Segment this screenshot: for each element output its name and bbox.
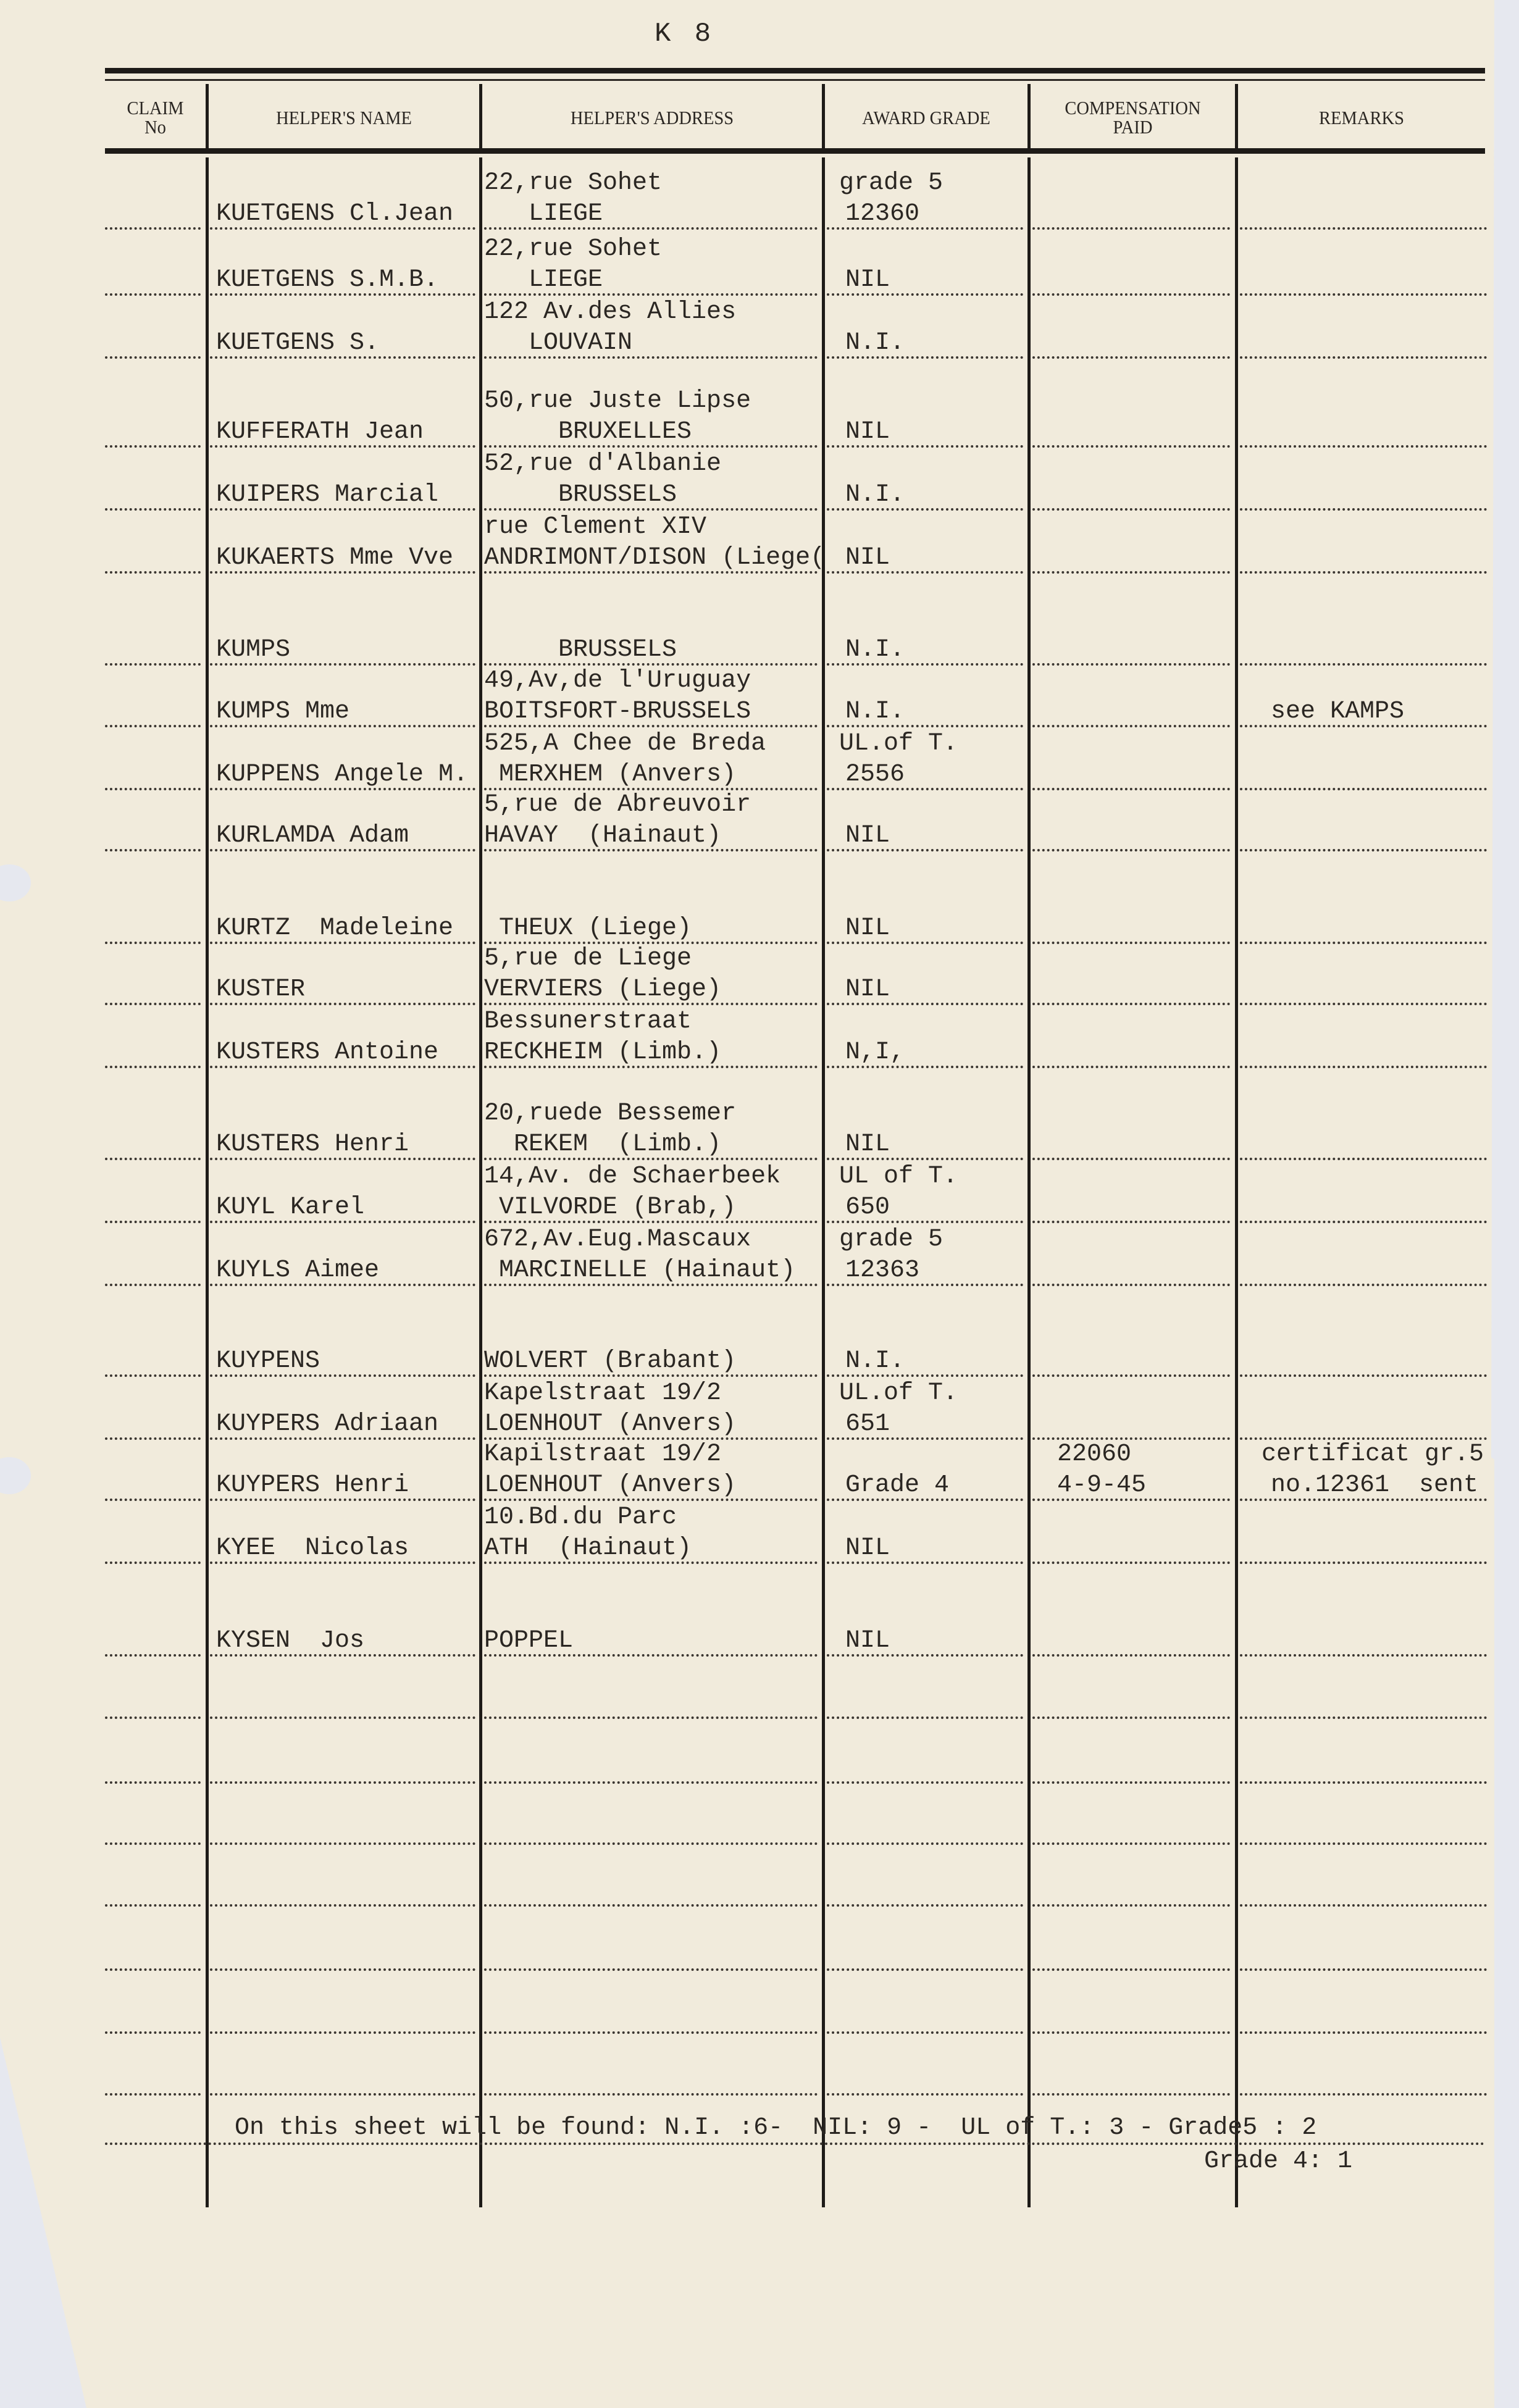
helper-name: KUYL Karel: [216, 1192, 364, 1223]
helper-address-line2: BOITSFORT-BRUSSELS: [484, 696, 751, 727]
row-dotted-rule: [105, 1003, 201, 1005]
footer-summary-line2: Grade 4: 1: [1204, 2146, 1352, 2177]
award-grade-line2: N.I.: [845, 635, 905, 666]
blank-row-dotted-rule: [827, 2031, 1023, 2034]
helper-address-line2: BRUXELLES: [484, 417, 692, 448]
helper-address-line2: VILVORDE (Brab,): [484, 1192, 736, 1223]
row-dotted-rule: [105, 1437, 201, 1440]
award-grade-line2: N.I.: [845, 1346, 905, 1377]
column-header-remarks: REMARKS: [1248, 86, 1475, 148]
row-dotted-rule: [105, 1158, 201, 1160]
remarks-line2: no.12361 sent: [1271, 1470, 1478, 1501]
helper-address-line2: BRUSSELS: [484, 635, 677, 666]
blank-row-dotted-rule: [105, 1781, 201, 1784]
blank-row-dotted-rule: [105, 1904, 201, 1907]
blank-row-dotted-rule: [484, 1781, 818, 1784]
blank-row-dotted-rule: [105, 2093, 201, 2096]
blank-row-dotted-rule: [210, 1716, 475, 1719]
row-dotted-rule: [1240, 445, 1487, 448]
helper-address-line2: HAVAY (Hainaut): [484, 821, 721, 851]
column-header-address: HELPER'S ADDRESS: [496, 86, 808, 148]
row-dotted-rule: [1240, 1654, 1487, 1657]
blank-row-dotted-rule: [105, 1716, 201, 1719]
award-grade-line2: 2556: [845, 759, 905, 790]
column-divider: [1027, 84, 1031, 148]
award-grade-line2: NIL: [845, 821, 890, 851]
row-dotted-rule: [1240, 1066, 1487, 1068]
helper-address-line2: LIEGE: [484, 265, 603, 296]
compensation-line2: 4-9-45: [1057, 1470, 1146, 1501]
row-dotted-rule: [1240, 571, 1487, 574]
header-thin-rule: [105, 79, 1485, 81]
award-grade-line2: NIL: [845, 974, 890, 1005]
row-dotted-rule: [1032, 293, 1230, 296]
helper-name: KUIPERS Marcial: [216, 480, 438, 511]
column-divider: [1235, 157, 1238, 2207]
compensation-line1: 22060: [1057, 1439, 1131, 1470]
row-dotted-rule: [105, 663, 201, 666]
helper-name: KUSTER: [216, 974, 305, 1005]
helper-address-line1: 22,rue Sohet: [484, 168, 662, 199]
helper-name: KUETGENS S.M.B.: [216, 265, 438, 296]
award-grade-line2: 650: [845, 1192, 890, 1223]
blank-row-dotted-rule: [484, 1842, 818, 1845]
blank-row-dotted-rule: [484, 2031, 818, 2034]
row-dotted-rule: [105, 445, 201, 448]
column-divider: [1027, 157, 1031, 2207]
row-dotted-rule: [1032, 1003, 1230, 1005]
helper-name: KUMPS Mme: [216, 696, 349, 727]
row-dotted-rule: [1032, 849, 1230, 851]
blank-row-dotted-rule: [827, 2093, 1023, 2096]
column-divider: [1235, 84, 1238, 148]
helper-name: KUYLS Aimee: [216, 1255, 379, 1286]
row-dotted-rule: [105, 508, 201, 511]
blank-row-dotted-rule: [210, 1781, 475, 1784]
helper-address-line1: 50,rue Juste Lipse: [484, 386, 751, 417]
row-dotted-rule: [1240, 942, 1487, 944]
row-dotted-rule: [105, 293, 201, 296]
row-dotted-rule: [1240, 356, 1487, 359]
blank-row-dotted-rule: [484, 1968, 818, 1971]
blank-row-dotted-rule: [1240, 1842, 1487, 1845]
blank-row-dotted-rule: [1032, 1716, 1230, 1719]
helper-name: KYSEN Jos: [216, 1626, 364, 1657]
blank-row-dotted-rule: [1032, 1781, 1230, 1784]
row-dotted-rule: [1240, 1221, 1487, 1223]
footer-summary: On this sheet will be found: N.I. :6- NI…: [235, 2113, 1316, 2144]
award-grade-line1: grade 5: [839, 1224, 943, 1255]
blank-row-dotted-rule: [1240, 1781, 1487, 1784]
remarks-line2: see KAMPS: [1271, 696, 1404, 727]
row-dotted-rule: [1032, 445, 1230, 448]
helper-address-line1: 52,rue d'Albanie: [484, 449, 721, 480]
column-divider: [206, 157, 209, 2207]
award-grade-line1: UL.of T.: [839, 1378, 958, 1409]
blank-row-dotted-rule: [484, 1904, 818, 1907]
award-grade-line2: NIL: [845, 543, 890, 574]
helper-address-line1: rue Clement XIV: [484, 512, 706, 543]
column-divider: [822, 84, 825, 148]
blank-row-dotted-rule: [1032, 2031, 1230, 2034]
row-dotted-rule: [105, 1284, 201, 1286]
helper-address-line1: Bessunerstraat: [484, 1006, 692, 1037]
remarks-line1: certificat gr.5: [1262, 1439, 1484, 1470]
helper-address-line2: ANDRIMONT/DISON (Liege(: [484, 543, 825, 574]
row-dotted-rule: [105, 1221, 201, 1223]
helper-address-line1: Kapelstraat 19/2: [484, 1378, 721, 1409]
row-dotted-rule: [1032, 227, 1230, 230]
helper-address-line1: 672,Av.Eug.Mascaux: [484, 1224, 751, 1255]
blank-row-dotted-rule: [210, 1842, 475, 1845]
column-header-compensation: COMPENSATION PAID: [1039, 86, 1227, 148]
document-sheet: K 8 CLAIM No HELPER'S NAME HELPER'S ADDR…: [0, 0, 1494, 2408]
helper-name: KYEE Nicolas: [216, 1533, 409, 1564]
sheet-id: K 8: [655, 19, 714, 49]
header-top-rule: [105, 68, 1485, 73]
blank-row-dotted-rule: [210, 2093, 475, 2096]
helper-address-line2: LOENHOUT (Anvers): [484, 1409, 736, 1440]
blank-row-dotted-rule: [1032, 2093, 1230, 2096]
column-divider: [822, 157, 825, 2207]
row-dotted-rule: [105, 788, 201, 790]
row-dotted-rule: [1240, 788, 1487, 790]
blank-row-dotted-rule: [827, 1904, 1023, 1907]
helper-name: KUSTERS Henri: [216, 1129, 409, 1160]
row-dotted-rule: [1032, 1374, 1230, 1377]
award-grade-line2: NIL: [845, 1533, 890, 1564]
blank-row-dotted-rule: [1240, 2031, 1487, 2034]
helper-name: KUKAERTS Mme Vve: [216, 543, 453, 574]
helper-name: KUSTERS Antoine: [216, 1037, 438, 1068]
blank-row-dotted-rule: [1240, 2093, 1487, 2096]
blank-row-dotted-rule: [827, 1716, 1023, 1719]
row-dotted-rule: [105, 1561, 201, 1564]
helper-address-line2: POPPEL: [484, 1626, 573, 1657]
row-dotted-rule: [1032, 663, 1230, 666]
helper-address-line2: WOLVERT (Brabant): [484, 1346, 736, 1377]
award-grade-line2: N.I.: [845, 328, 905, 359]
helper-name: KUPPENS Angele M.: [216, 759, 468, 790]
blank-row-dotted-rule: [827, 1781, 1023, 1784]
helper-address-line2: MARCINELLE (Hainaut): [484, 1255, 795, 1286]
helper-name: KUETGENS S.: [216, 328, 379, 359]
helper-name: KUFFERATH Jean: [216, 417, 424, 448]
row-dotted-rule: [105, 725, 201, 727]
row-dotted-rule: [1240, 293, 1487, 296]
column-header-award: AWARD GRADE: [833, 86, 1019, 148]
blank-row-dotted-rule: [1240, 1968, 1487, 1971]
helper-address-line2: ATH (Hainaut): [484, 1533, 692, 1564]
column-header-name: HELPER'S NAME: [220, 86, 469, 148]
helper-address-line1: 5,rue de Abreuvoir: [484, 790, 751, 821]
award-grade-line2: 651: [845, 1409, 890, 1440]
blank-row-dotted-rule: [827, 1842, 1023, 1845]
row-dotted-rule: [105, 356, 201, 359]
row-dotted-rule: [1240, 1158, 1487, 1160]
award-grade-line2: Grade 4: [845, 1470, 949, 1501]
award-grade-line2: N.I.: [845, 696, 905, 727]
helper-name: KUYPERS Henri: [216, 1470, 409, 1501]
blank-row-dotted-rule: [1032, 1968, 1230, 1971]
column-divider: [479, 84, 482, 148]
helper-name: KUYPERS Adriaan: [216, 1409, 438, 1440]
helper-address-line2: THEUX (Liege): [484, 913, 692, 944]
helper-address-line2: LIEGE: [484, 199, 603, 230]
blank-row-dotted-rule: [105, 2031, 201, 2034]
row-dotted-rule: [105, 942, 201, 944]
row-dotted-rule: [1032, 942, 1230, 944]
helper-address-line1: 5,rue de Liege: [484, 943, 692, 974]
helper-address-line1: 525,A Chee de Breda: [484, 729, 766, 759]
row-dotted-rule: [1032, 1221, 1230, 1223]
award-grade-line2: NIL: [845, 1626, 890, 1657]
blank-row-dotted-rule: [1240, 1716, 1487, 1719]
helper-name: KUYPENS: [216, 1346, 320, 1377]
row-dotted-rule: [1032, 725, 1230, 727]
row-dotted-rule: [1032, 1654, 1230, 1657]
row-dotted-rule: [1032, 1284, 1230, 1286]
blank-row-dotted-rule: [1240, 1904, 1487, 1907]
row-dotted-rule: [105, 571, 201, 574]
helper-address-line1: 20,ruede Bessemer: [484, 1098, 736, 1129]
row-dotted-rule: [1240, 663, 1487, 666]
award-grade-line1: grade 5: [839, 168, 943, 199]
helper-address-line2: BRUSSELS: [484, 480, 677, 511]
row-dotted-rule: [1032, 1066, 1230, 1068]
award-grade-line2: 12363: [845, 1255, 919, 1286]
row-dotted-rule: [1240, 227, 1487, 230]
row-dotted-rule: [1240, 1561, 1487, 1564]
row-dotted-rule: [105, 849, 201, 851]
blank-row-dotted-rule: [105, 1968, 201, 1971]
blank-row-dotted-rule: [210, 1968, 475, 1971]
helper-address-line2: LOUVAIN: [484, 328, 632, 359]
punch-hole: [0, 1457, 31, 1494]
award-grade-line2: NIL: [845, 1129, 890, 1160]
helper-name: KUMPS: [216, 635, 290, 666]
award-grade-line1: UL.of T.: [839, 729, 958, 759]
row-dotted-rule: [1240, 1003, 1487, 1005]
row-dotted-rule: [105, 1066, 201, 1068]
row-dotted-rule: [1240, 849, 1487, 851]
helper-address-line2: LOENHOUT (Anvers): [484, 1470, 736, 1501]
helper-address-line1: 122 Av.des Allies: [484, 297, 736, 328]
blank-row-dotted-rule: [210, 2031, 475, 2034]
helper-address-line1: Kapilstraat 19/2: [484, 1439, 721, 1470]
helper-address-line2: RECKHEIM (Limb.): [484, 1037, 721, 1068]
blank-row-dotted-rule: [484, 2093, 818, 2096]
punch-hole: [0, 864, 31, 901]
row-dotted-rule: [1240, 1374, 1487, 1377]
helper-address-line2: MERXHEM (Anvers): [484, 759, 736, 790]
row-dotted-rule: [1032, 508, 1230, 511]
row-dotted-rule: [105, 1654, 201, 1657]
award-grade-line1: UL of T.: [839, 1161, 958, 1192]
blank-row-dotted-rule: [210, 1904, 475, 1907]
helper-address-line1: 22,rue Sohet: [484, 234, 662, 265]
blank-row-dotted-rule: [1032, 1842, 1230, 1845]
award-grade-line2: NIL: [845, 265, 890, 296]
header-bottom-rule: [105, 148, 1485, 154]
column-divider: [479, 157, 482, 2207]
helper-address-line1: 10.Bd.du Parc: [484, 1502, 677, 1533]
row-dotted-rule: [105, 1499, 201, 1501]
helper-address-line2: VERVIERS (Liege): [484, 974, 721, 1005]
award-grade-line2: NIL: [845, 417, 890, 448]
award-grade-line2: 12360: [845, 199, 919, 230]
helper-address-line1: 49,Av,de l'Uruguay: [484, 666, 751, 696]
row-dotted-rule: [1032, 571, 1230, 574]
helper-name: KURTZ Madeleine: [216, 913, 453, 944]
row-dotted-rule: [1240, 508, 1487, 511]
blank-row-dotted-rule: [1032, 1904, 1230, 1907]
column-divider: [206, 84, 209, 148]
row-dotted-rule: [105, 227, 201, 230]
award-grade-line2: NIL: [845, 913, 890, 944]
helper-address-line2: REKEM (Limb.): [484, 1129, 721, 1160]
helper-address-line1: 14,Av. de Schaerbeek: [484, 1161, 780, 1192]
helper-name: KUETGENS Cl.Jean: [216, 199, 453, 230]
row-dotted-rule: [1032, 788, 1230, 790]
row-dotted-rule: [1032, 1158, 1230, 1160]
row-dotted-rule: [1032, 356, 1230, 359]
blank-row-dotted-rule: [484, 1716, 818, 1719]
row-dotted-rule: [105, 1374, 201, 1377]
blank-row-dotted-rule: [105, 1842, 201, 1845]
award-grade-line2: N.I.: [845, 480, 905, 511]
blank-row-dotted-rule: [827, 1968, 1023, 1971]
helper-name: KURLAMDA Adam: [216, 821, 409, 851]
row-dotted-rule: [1032, 1561, 1230, 1564]
column-header-claim: CLAIM No: [109, 86, 202, 148]
award-grade-line2: N,I,: [845, 1037, 905, 1068]
row-dotted-rule: [1240, 1284, 1487, 1286]
